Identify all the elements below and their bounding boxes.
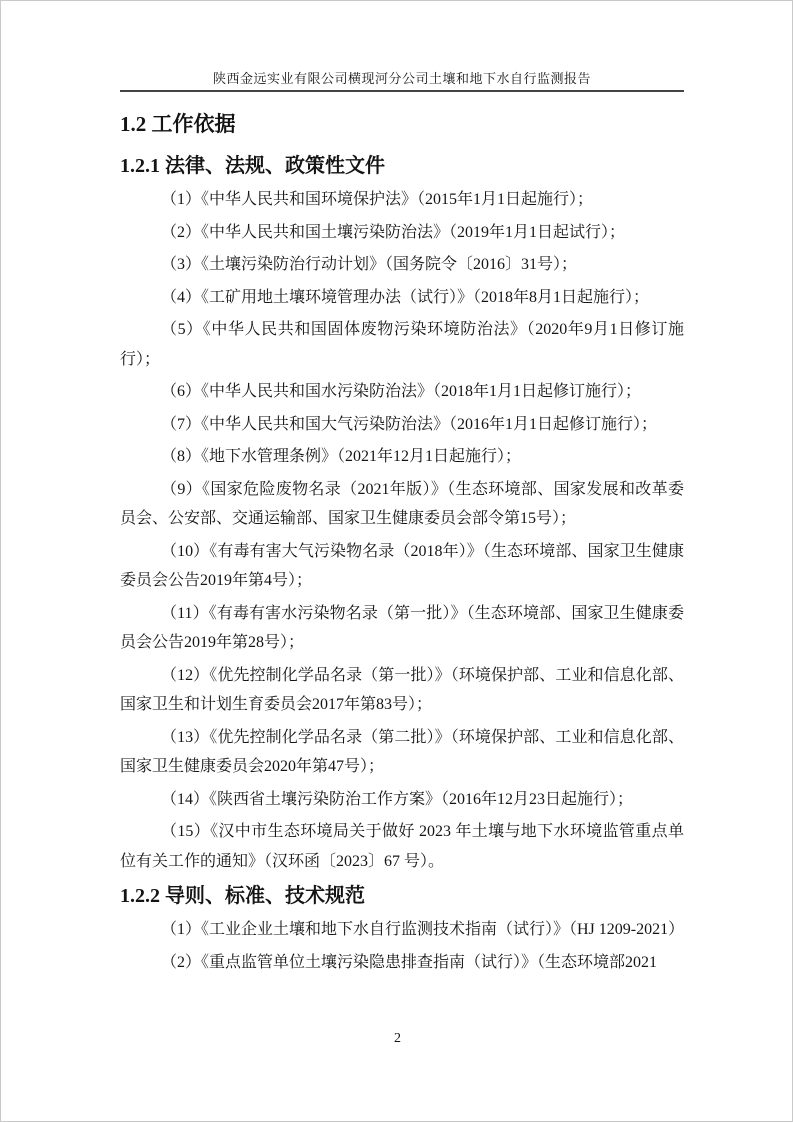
- document-page: 陕西金远实业有限公司横现河分公司土壤和地下水自行监测报告 1.2 工作依据 1.…: [0, 0, 793, 1122]
- law-item-1: （1）《中华人民共和国环境保护法》（2015年1月1日起施行）；: [120, 185, 684, 215]
- header-rule-divider: [120, 90, 684, 92]
- law-item-15: （15）《汉中市生态环境局关于做好 2023 年土壤与地下水环境监管重点单位有关…: [120, 817, 684, 876]
- law-item-11: （11）《有毒有害水污染物名录（第一批）》（生态环境部、国家卫生健康委员会公告2…: [120, 599, 684, 658]
- law-item-14: （14）《陕西省土壤污染防治工作方案》（2016年12月23日起施行）；: [120, 785, 684, 815]
- standard-item-2: （2）《重点监管单位土壤污染隐患排查指南（试行）》（生态环境部2021: [120, 948, 684, 978]
- law-item-7: （7）《中华人民共和国大气污染防治法》（2016年1月1日起修订施行）；: [120, 410, 684, 440]
- law-item-9: （9）《国家危险废物名录（2021年版）》（生态环境部、国家发展和改革委员会、公…: [120, 475, 684, 534]
- page-content: 陕西金远实业有限公司横现河分公司土壤和地下水自行监测报告 1.2 工作依据 1.…: [1, 1, 684, 977]
- law-item-10: （10）《有毒有害大气污染物名录（2018年）》（生态环境部、国家卫生健康委员会…: [120, 537, 684, 596]
- law-item-2: （2）《中华人民共和国土壤污染防治法》（2019年1月1日起试行）；: [120, 218, 684, 248]
- page-number: 2: [1, 1031, 793, 1047]
- law-item-4: （4）《工矿用地土壤环境管理办法（试行）》（2018年8月1日起施行）；: [120, 283, 684, 313]
- law-item-13: （13）《优先控制化学品名录（第二批）》（环境保护部、工业和信息化部、国家卫生健…: [120, 723, 684, 782]
- section-heading-1-2: 1.2 工作依据: [120, 111, 684, 138]
- subsection-heading-1-2-1: 1.2.1 法律、法规、政策性文件: [120, 153, 684, 179]
- law-item-8: （8）《地下水管理条例》（2021年12月1日起施行）；: [120, 442, 684, 472]
- law-item-3: （3）《土壤污染防治行动计划》（国务院令〔2016〕31号）；: [120, 250, 684, 280]
- running-header-title: 陕西金远实业有限公司横现河分公司土壤和地下水自行监测报告: [120, 71, 684, 87]
- law-item-5: （5）《中华人民共和国固体废物污染环境防治法》（2020年9月1日修订施行）；: [120, 315, 684, 374]
- laws-list: （1）《中华人民共和国环境保护法》（2015年1月1日起施行）； （2）《中华人…: [120, 185, 684, 876]
- law-item-12: （12）《优先控制化学品名录（第一批）》（环境保护部、工业和信息化部、国家卫生和…: [120, 661, 684, 720]
- standards-list: （1）《工业企业土壤和地下水自行监测技术指南（试行）》（HJ 1209-2021…: [120, 915, 684, 977]
- subsection-heading-1-2-2: 1.2.2 导则、标准、技术规范: [120, 883, 684, 909]
- law-item-6: （6）《中华人民共和国水污染防治法》（2018年1月1日起修订施行）；: [120, 377, 684, 407]
- standard-item-1: （1）《工业企业土壤和地下水自行监测技术指南（试行）》（HJ 1209-2021…: [120, 915, 684, 945]
